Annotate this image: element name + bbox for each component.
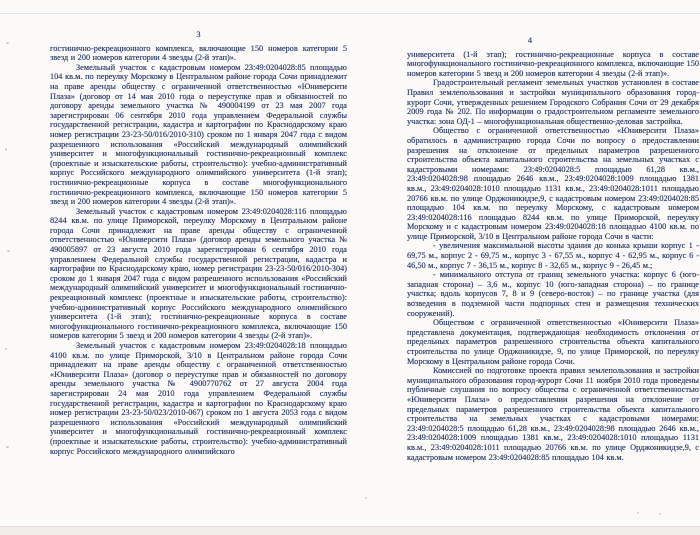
paragraph: университета (1-й этап); гостинично-рекр… xyxy=(407,50,699,79)
scan-speck xyxy=(6,42,9,44)
top-edge-line xyxy=(0,13,700,14)
paragraph: Обществом с ограниченной ответственность… xyxy=(407,318,699,366)
bottom-scan-strip xyxy=(0,526,700,535)
scan-speck xyxy=(7,250,10,252)
scan-speck xyxy=(6,446,9,448)
page-4: 4 университета (1-й этап); гостинично-ре… xyxy=(407,36,699,462)
paragraph: Земельный участок с кадастровым номером … xyxy=(50,341,347,456)
scan-speck xyxy=(5,348,7,350)
paragraph: Земельный участок с кадастровым номером … xyxy=(50,63,347,207)
paragraph: - увеличения максимальной высоты здания … xyxy=(407,241,699,270)
page-number: 4 xyxy=(407,36,699,46)
scan-speck xyxy=(637,512,639,514)
scan-speck xyxy=(365,497,367,499)
paragraph: Комиссией по подготовке проекта правил з… xyxy=(407,366,699,462)
paragraph: Градостроительный регламент земельных уч… xyxy=(407,78,699,126)
paragraph: гостинично-рекреационного комплекса, вкл… xyxy=(50,44,347,63)
scan-speck xyxy=(5,148,7,151)
paragraph: Общество с ограниченной ответственностью… xyxy=(407,126,699,241)
page-3: 3 гостинично-рекреационного комплекса, в… xyxy=(50,30,347,456)
paragraph: - минимального отступа от границ земельн… xyxy=(407,270,699,318)
document-scan: { "colors": { "paper_color": "#fcfbfa", … xyxy=(0,0,700,535)
page-number: 3 xyxy=(50,30,347,40)
scan-speck xyxy=(659,513,661,515)
paragraph: Земельный участок с кадастровым номером … xyxy=(50,207,347,341)
